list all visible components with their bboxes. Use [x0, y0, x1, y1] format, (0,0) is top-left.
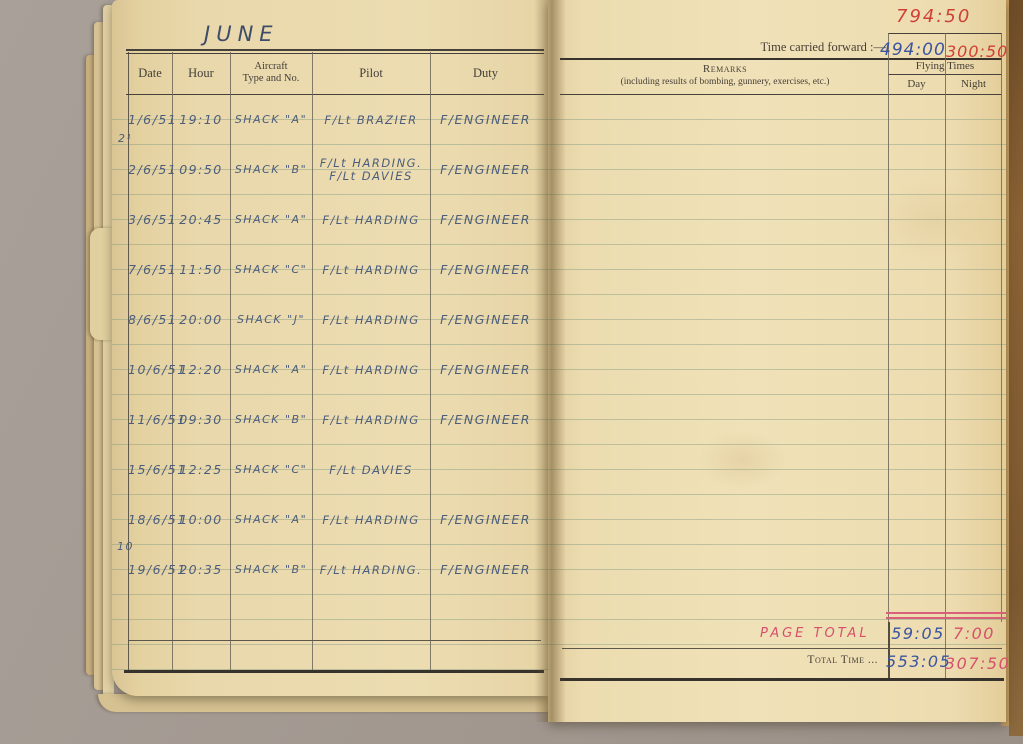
left-subtotal-line [128, 640, 541, 641]
month-title: June [204, 22, 279, 46]
entry-aircraft: SHACK "C" [230, 264, 312, 276]
paper-stain [698, 430, 788, 490]
header-night: Night [945, 78, 1002, 90]
header-date: Date [128, 66, 172, 81]
totals-divider-line [562, 648, 1002, 649]
book-bottom-edge [98, 694, 558, 712]
header-day: Day [888, 78, 945, 90]
total-time-night: 307:50 [945, 654, 1003, 673]
entry-pilot: F/Lt HARDING. [312, 564, 430, 577]
entry-pilot: F/Lt HARDING [312, 214, 430, 227]
entry-pilot: F/Lt HARDING. F/Lt DAVIES [312, 157, 430, 182]
entry-aircraft: SHACK "B" [230, 164, 312, 176]
logbook-entry-row-left: 3/6/51 20:45 SHACK "A" F/Lt HARDING F/EN… [128, 195, 541, 245]
entry-date: 19/6/51 [128, 563, 172, 577]
entry-duty: F/ENGINEER [430, 113, 541, 127]
entry-aircraft: SHACK "A" [230, 514, 312, 526]
page-total-red-line-1 [886, 612, 1006, 614]
header-aircraft: Aircraft Type and No. [230, 61, 312, 85]
logbook-entry-row-left: 18/6/51 10:00 SHACK "A" F/Lt HARDING F/E… [128, 495, 541, 545]
entry-duty: F/ENGINEER [430, 213, 541, 227]
entry-duty: F/ENGINEER [430, 263, 541, 277]
page-total-night: 7:00 [947, 624, 1001, 643]
logbook-left-page: June Date Hour Aircraft Type and No. Pil… [112, 0, 548, 696]
entry-date: 3/6/51 [128, 213, 172, 227]
logbook-entry-row-left: 10/6/51 12:20 SHACK "A" F/Lt HARDING F/E… [128, 345, 541, 395]
entry-date: 18/6/51 [128, 513, 172, 527]
entry-duty: F/ENGINEER [430, 313, 541, 327]
entry-hour: 20:45 [172, 213, 230, 227]
page-total-label: PAGE TOTAL [760, 626, 870, 641]
entry-pilot: F/Lt HARDING [312, 364, 430, 377]
entry-pilot: F/Lt HARDING [312, 414, 430, 427]
entry-hour: 11:50 [172, 263, 230, 277]
right-cover-edge-dark [1009, 0, 1023, 736]
entry-date: 8/6/51 [128, 313, 172, 327]
entry-aircraft: SHACK "A" [230, 364, 312, 376]
left-bottom-line [124, 670, 544, 673]
paper-stain-2 [878, 180, 988, 260]
entry-aircraft: SHACK "C" [230, 464, 312, 476]
entry-date: 2/6/51 [128, 163, 172, 177]
header-remarks-title: Remarks [562, 63, 888, 75]
entry-hour: 10:00 [172, 513, 230, 527]
entry-aircraft: SHACK "B" [230, 564, 312, 576]
entry-pilot: F/Lt BRAZIER [312, 114, 430, 127]
carried-forward-combined: 794:50 [896, 6, 971, 27]
header-remarks-subtitle: (including results of bombing, gunnery, … [562, 77, 888, 87]
header-hour: Hour [172, 66, 230, 81]
entry-date: 10/6/51 [128, 363, 172, 377]
header-duty: Duty [430, 66, 541, 81]
total-time-ellipsis: ... [868, 654, 878, 666]
entry-hour: 12:25 [172, 463, 230, 477]
entry-aircraft: SHACK "J" [230, 314, 312, 326]
logbook-entry-row-left: 11/6/51 09:30 SHACK "B" F/Lt HARDING F/E… [128, 395, 541, 445]
entry-aircraft: SHACK "B" [230, 414, 312, 426]
entry-pilot: F/Lt HARDING [312, 514, 430, 527]
entry-hour: 09:50 [172, 163, 230, 177]
scanned-logbook-page: { "logbook": { "month_title": "June", "l… [0, 0, 1023, 744]
header-pilot: Pilot [312, 66, 430, 81]
logbook-entry-row-left: 15/6/51 12:25 SHACK "C" F/Lt DAVIES [128, 445, 541, 495]
entry-hour: 20:00 [172, 313, 230, 327]
logbook-entry-row-left: 19/6/51 20:35 SHACK "B" F/Lt HARDING. F/… [128, 545, 541, 595]
entry-aircraft: SHACK "A" [230, 114, 312, 126]
entry-date: 1/6/51 [128, 113, 172, 127]
page-total-red-line-2 [886, 617, 1006, 619]
logbook-entry-row-left: 2/6/51 09:50 SHACK "B" F/Lt HARDING. F/L… [128, 145, 541, 195]
left-page-entry-rows: 1/6/51 19:10 SHACK "A" F/Lt BRAZIER F/EN… [128, 95, 541, 595]
total-time-day: 553:05 [886, 652, 946, 671]
entry-pilot: F/Lt DAVIES [312, 464, 430, 477]
carried-forward-label: Time carried forward :— [738, 40, 886, 55]
total-time-label: Total Time ... [728, 654, 878, 666]
entry-hour: 12:20 [172, 363, 230, 377]
logbook-entry-row-left: 7/6/51 11:50 SHACK "C" F/Lt HARDING F/EN… [128, 245, 541, 295]
entry-date: 11/6/51 [128, 413, 172, 427]
margin-note-2: 10 [117, 540, 134, 553]
entry-duty: F/ENGINEER [430, 563, 541, 577]
margin-note-1: 2¹ [118, 132, 132, 145]
entry-hour: 09:30 [172, 413, 230, 427]
entry-hour: 19:10 [172, 113, 230, 127]
right-header-bottom-line [560, 94, 1002, 95]
entry-pilot: F/Lt HARDING [312, 264, 430, 277]
logbook-entry-row-left: 1/6/51 19:10 SHACK "A" F/Lt BRAZIER F/EN… [128, 95, 541, 145]
page-total-day: 59:05 [891, 624, 945, 643]
carried-forward-day: 494:00 [880, 40, 946, 60]
logbook-right-page: 794:50 Time carried forward :— 494:00 30… [548, 0, 1006, 722]
ruled-lines-right [548, 95, 1006, 650]
entry-duty: F/ENGINEER [430, 363, 541, 377]
page-stack-tab [90, 228, 114, 340]
entry-aircraft: SHACK "A" [230, 214, 312, 226]
right-bottom-line [560, 678, 1004, 681]
entry-date: 15/6/51 [128, 463, 172, 477]
entry-duty: F/ENGINEER [430, 513, 541, 527]
title-rule-bottom [126, 53, 544, 54]
total-time-label-text: Total Time [807, 654, 864, 666]
entry-pilot: F/Lt HARDING [312, 314, 430, 327]
title-rule-top [126, 49, 544, 51]
logbook-entry-row-left: 8/6/51 20:00 SHACK "J" F/Lt HARDING F/EN… [128, 295, 541, 345]
col-line-remarks-day [888, 58, 889, 622]
entry-hour: 20:35 [172, 563, 230, 577]
entry-date: 7/6/51 [128, 263, 172, 277]
col-line-night-right [1001, 58, 1002, 622]
col-line-day-night [945, 58, 946, 622]
entry-duty: F/ENGINEER [430, 163, 541, 177]
entry-duty: F/ENGINEER [430, 413, 541, 427]
